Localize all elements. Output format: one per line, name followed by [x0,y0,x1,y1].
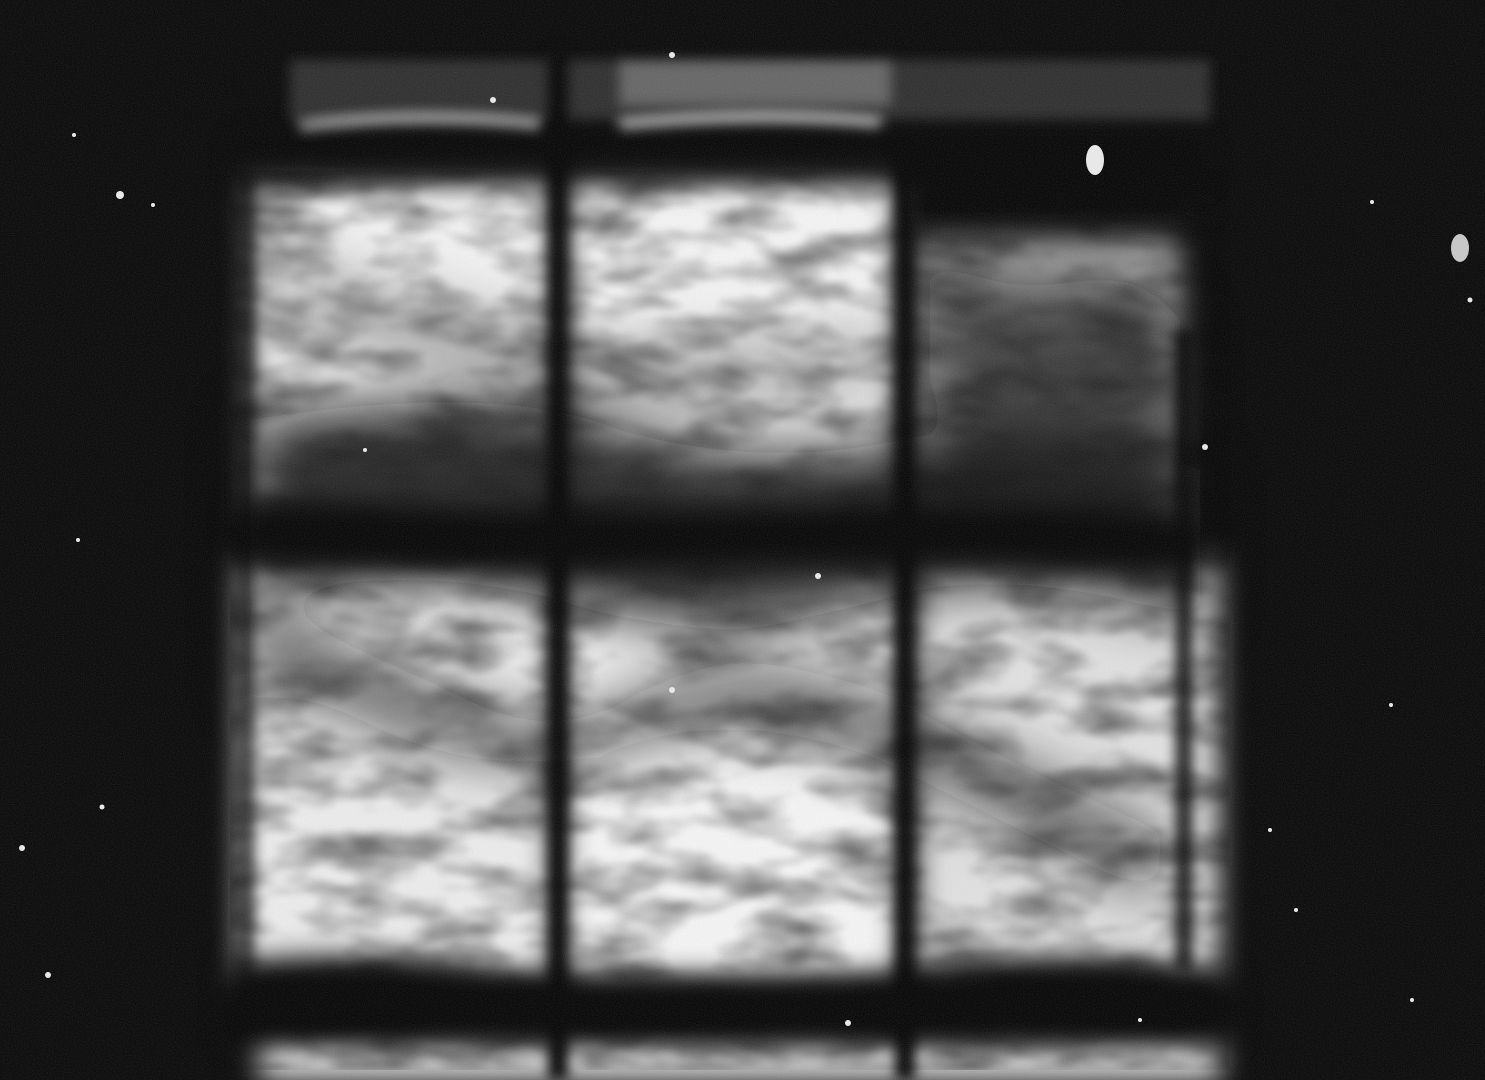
film-grain [0,0,1485,1080]
window-photograph [0,0,1485,1080]
window-scene [0,0,1485,1080]
